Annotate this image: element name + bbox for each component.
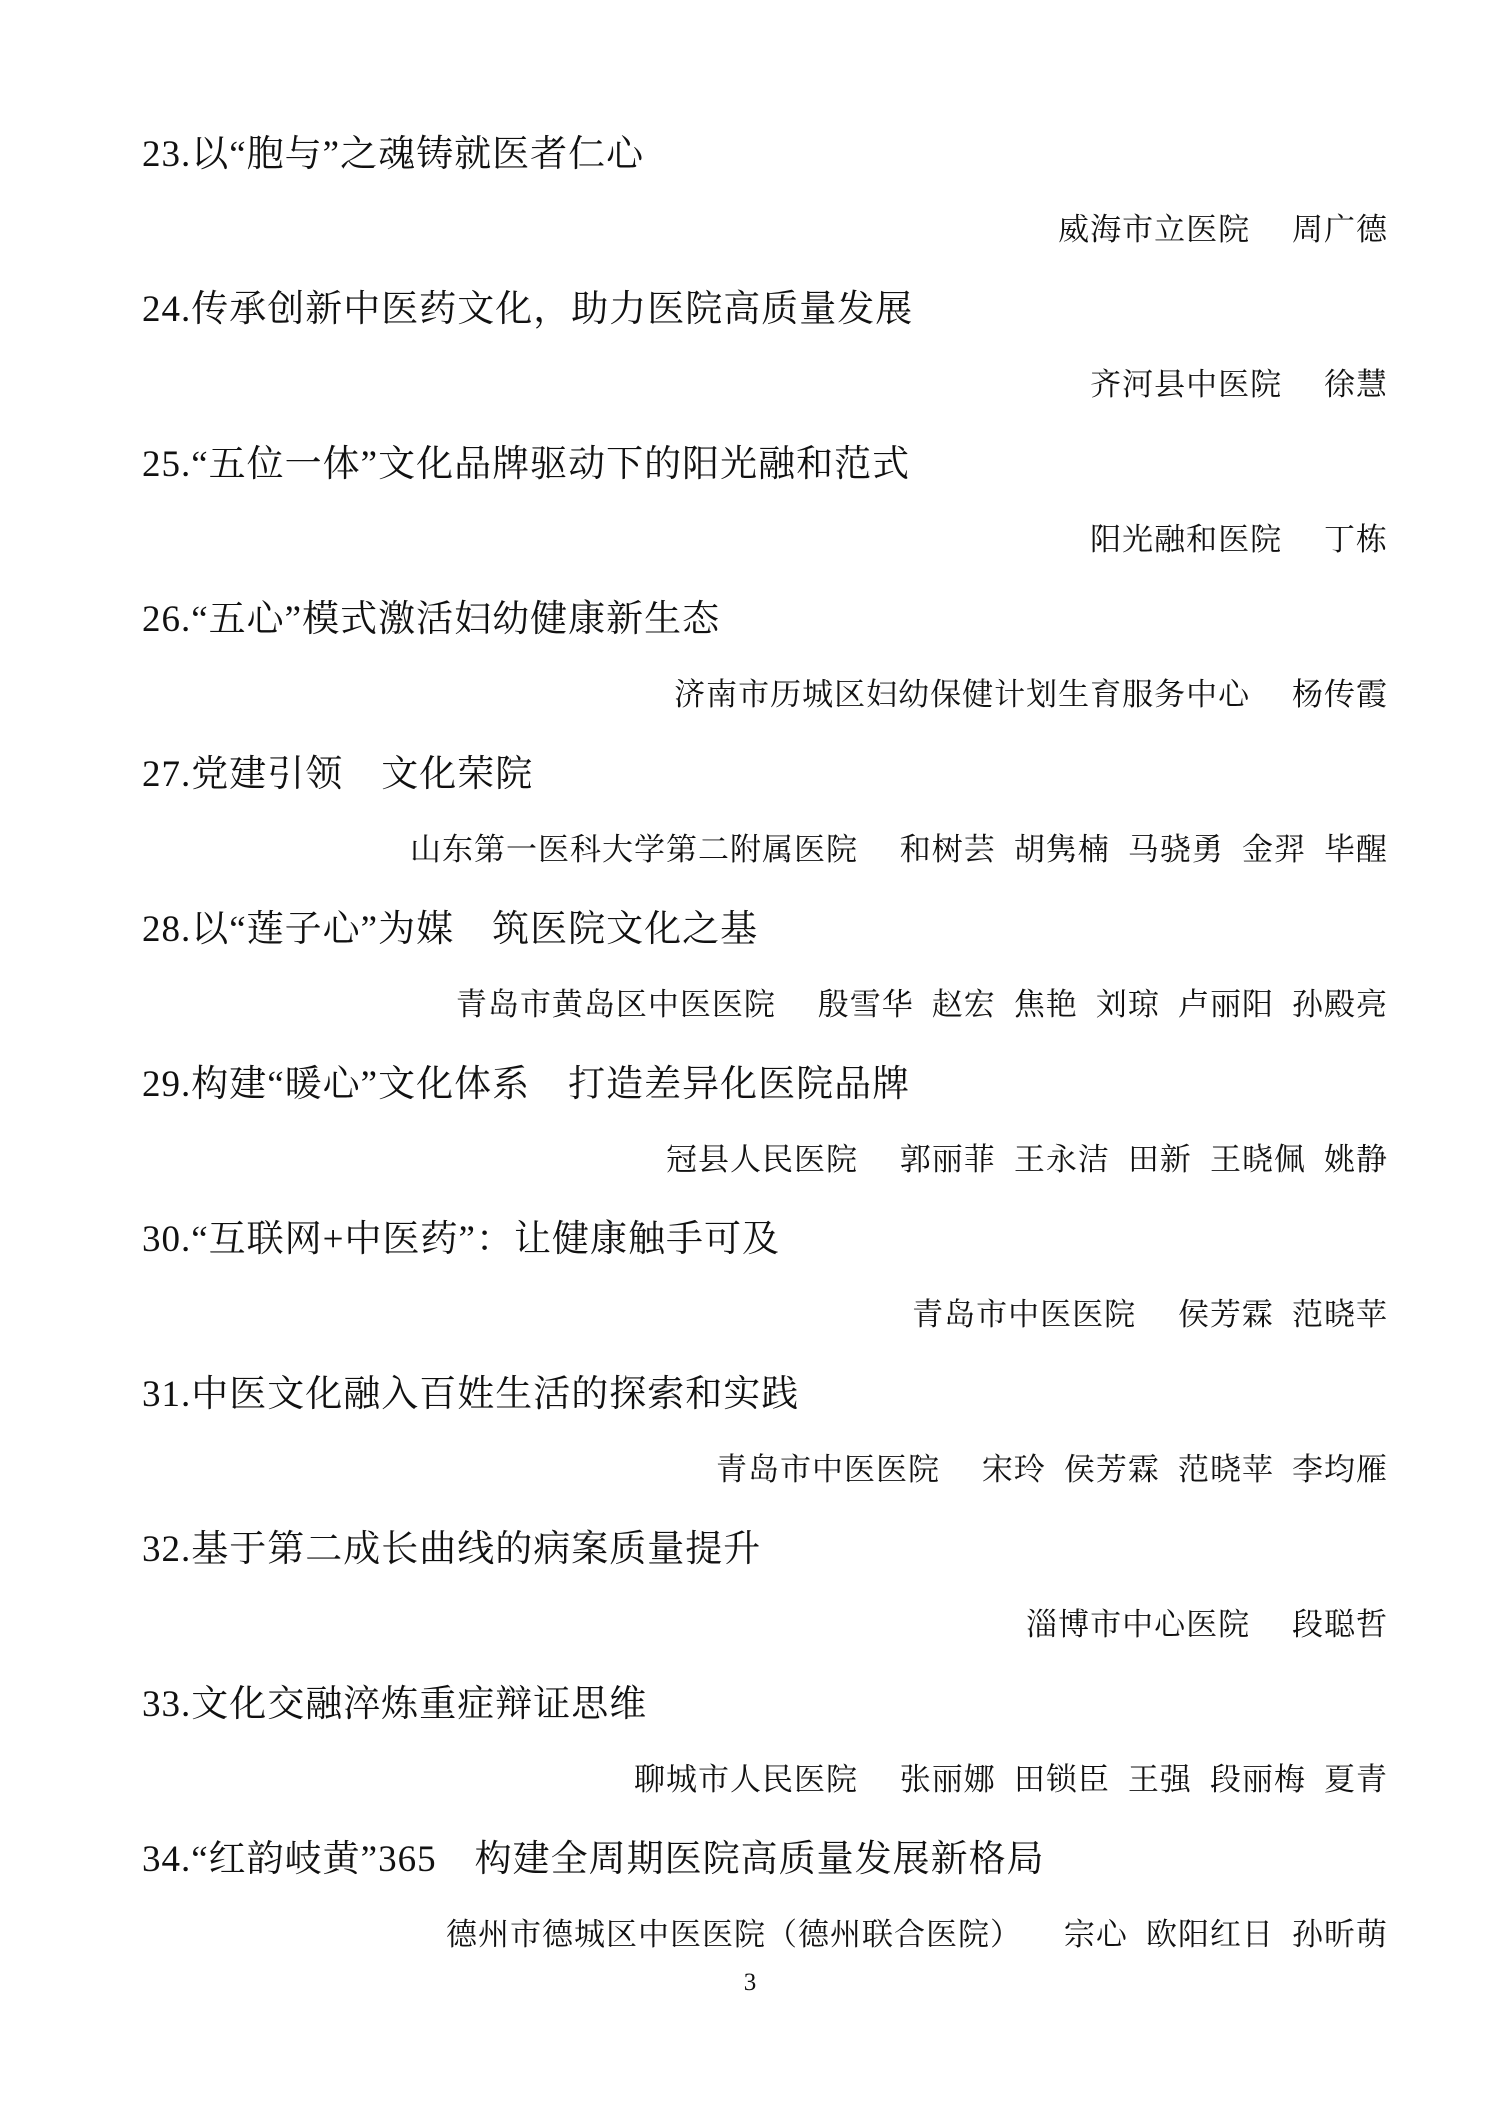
org-name: 威海市立医院 (1058, 212, 1250, 247)
author-names: 宗心 欧阳红日 孙昕萌 (1064, 1917, 1388, 1952)
author-names: 段聪哲 (1292, 1607, 1388, 1642)
entry-title: 24.传承创新中医药文化，助力医院高质量发展 (142, 287, 1388, 333)
entry-list: 23.以“胞与”之魂铸就医者仁心 威海市立医院周广德 24.传承创新中医药文化，… (142, 132, 1388, 1954)
list-item: 31.中医文化融入百姓生活的探索和实践 青岛市中医医院宋玲 侯芳霖 范晓苹 李均… (142, 1372, 1388, 1489)
org-name: 德州市德城区中医医院（德州联合医院） (446, 1917, 1022, 1952)
entry-title: 25.“五位一体”文化品牌驱动下的阳光融和范式 (142, 442, 1388, 488)
entry-attribution: 齐河县中医院徐慧 (142, 366, 1388, 404)
author-names: 杨传霞 (1292, 677, 1388, 712)
org-name: 冠县人民医院 (666, 1142, 858, 1177)
list-item: 23.以“胞与”之魂铸就医者仁心 威海市立医院周广德 (142, 132, 1388, 249)
list-item: 25.“五位一体”文化品牌驱动下的阳光融和范式 阳光融和医院丁栋 (142, 442, 1388, 559)
list-item: 32.基于第二成长曲线的病案质量提升 淄博市中心医院段聪哲 (142, 1527, 1388, 1644)
entry-attribution: 青岛市中医医院侯芳霖 范晓苹 (142, 1296, 1388, 1334)
list-item: 29.构建“暖心”文化体系 打造差异化医院品牌 冠县人民医院郭丽菲 王永洁 田新… (142, 1062, 1388, 1179)
list-item: 27.党建引领 文化荣院 山东第一医科大学第二附属医院和树芸 胡隽楠 马骁勇 金… (142, 752, 1388, 869)
author-names: 徐慧 (1324, 367, 1388, 402)
entry-title: 34.“红韵岐黄”365 构建全周期医院高质量发展新格局 (142, 1837, 1388, 1883)
author-names: 丁栋 (1324, 522, 1388, 557)
entry-title: 30.“互联网+中医药”：让健康触手可及 (142, 1217, 1388, 1263)
entry-title: 32.基于第二成长曲线的病案质量提升 (142, 1527, 1388, 1573)
list-item: 34.“红韵岐黄”365 构建全周期医院高质量发展新格局 德州市德城区中医医院（… (142, 1837, 1388, 1954)
org-name: 济南市历城区妇幼保健计划生育服务中心 (674, 677, 1250, 712)
org-name: 青岛市中医医院 (716, 1452, 940, 1487)
org-name: 淄博市中心医院 (1026, 1607, 1250, 1642)
entry-title: 23.以“胞与”之魂铸就医者仁心 (142, 132, 1388, 178)
entry-attribution: 淄博市中心医院段聪哲 (142, 1606, 1388, 1644)
org-name: 青岛市中医医院 (912, 1297, 1136, 1332)
page-number: 3 (0, 1968, 1500, 1998)
author-names: 郭丽菲 王永洁 田新 王晓佩 姚静 (900, 1142, 1388, 1177)
list-item: 30.“互联网+中医药”：让健康触手可及 青岛市中医医院侯芳霖 范晓苹 (142, 1217, 1388, 1334)
org-name: 阳光融和医院 (1090, 522, 1282, 557)
entry-attribution: 阳光融和医院丁栋 (142, 521, 1388, 559)
entry-title: 31.中医文化融入百姓生活的探索和实践 (142, 1372, 1388, 1418)
list-item: 33.文化交融淬炼重症辩证思维 聊城市人民医院张丽娜 田锁臣 王强 段丽梅 夏青 (142, 1682, 1388, 1799)
org-name: 青岛市黄岛区中医医院 (456, 987, 776, 1022)
author-names: 张丽娜 田锁臣 王强 段丽梅 夏青 (900, 1762, 1388, 1797)
list-item: 28.以“莲子心”为媒 筑医院文化之基 青岛市黄岛区中医医院殷雪华 赵宏 焦艳 … (142, 907, 1388, 1024)
author-names: 侯芳霖 范晓苹 (1178, 1297, 1388, 1332)
org-name: 聊城市人民医院 (634, 1762, 858, 1797)
entry-attribution: 德州市德城区中医医院（德州联合医院）宗心 欧阳红日 孙昕萌 (142, 1916, 1388, 1954)
entry-title: 33.文化交融淬炼重症辩证思维 (142, 1682, 1388, 1728)
author-names: 和树芸 胡隽楠 马骁勇 金羿 毕醒 (900, 832, 1388, 867)
author-names: 周广德 (1292, 212, 1388, 247)
entry-title: 28.以“莲子心”为媒 筑医院文化之基 (142, 907, 1388, 953)
entry-attribution: 冠县人民医院郭丽菲 王永洁 田新 王晓佩 姚静 (142, 1141, 1388, 1179)
entry-attribution: 聊城市人民医院张丽娜 田锁臣 王强 段丽梅 夏青 (142, 1761, 1388, 1799)
entry-attribution: 山东第一医科大学第二附属医院和树芸 胡隽楠 马骁勇 金羿 毕醒 (142, 831, 1388, 869)
entry-title: 27.党建引领 文化荣院 (142, 752, 1388, 798)
entry-attribution: 威海市立医院周广德 (142, 211, 1388, 249)
document-page: 23.以“胞与”之魂铸就医者仁心 威海市立医院周广德 24.传承创新中医药文化，… (0, 0, 1500, 2120)
org-name: 齐河县中医院 (1090, 367, 1282, 402)
author-names: 殷雪华 赵宏 焦艳 刘琼 卢丽阳 孙殿亮 (818, 987, 1388, 1022)
entry-attribution: 青岛市黄岛区中医医院殷雪华 赵宏 焦艳 刘琼 卢丽阳 孙殿亮 (142, 986, 1388, 1024)
entry-title: 29.构建“暖心”文化体系 打造差异化医院品牌 (142, 1062, 1388, 1108)
org-name: 山东第一医科大学第二附属医院 (410, 832, 858, 867)
list-item: 24.传承创新中医药文化，助力医院高质量发展 齐河县中医院徐慧 (142, 287, 1388, 404)
entry-attribution: 青岛市中医医院宋玲 侯芳霖 范晓苹 李均雁 (142, 1451, 1388, 1489)
list-item: 26.“五心”模式激活妇幼健康新生态 济南市历城区妇幼保健计划生育服务中心杨传霞 (142, 597, 1388, 714)
entry-attribution: 济南市历城区妇幼保健计划生育服务中心杨传霞 (142, 676, 1388, 714)
author-names: 宋玲 侯芳霖 范晓苹 李均雁 (982, 1452, 1388, 1487)
entry-title: 26.“五心”模式激活妇幼健康新生态 (142, 597, 1388, 643)
